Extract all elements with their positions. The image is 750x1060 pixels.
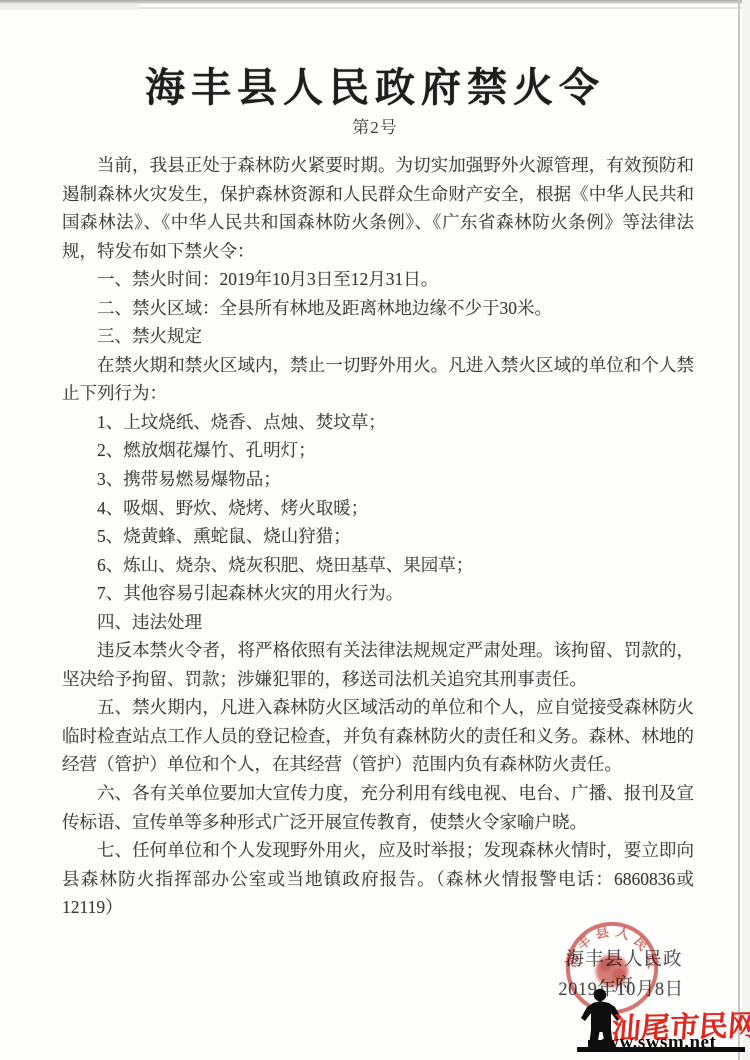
paragraph-section-3: 三、禁火规定	[62, 322, 694, 351]
seal-emblem	[596, 955, 629, 988]
list-item-2: 2、燃放烟花爆竹、孔明灯；	[62, 436, 694, 465]
paragraph-section-1: 一、禁火时间：2019年10月3日至12月31日。	[62, 265, 694, 294]
paragraph-section-6: 六、各有关单位要加大宣传力度，充分利用有线电视、电台、广播、报刊及宣传标语、宣传…	[62, 779, 694, 836]
paragraph-section-2: 二、禁火区域：全县所有林地及距离林地边缘不少于30米。	[62, 294, 694, 323]
scan-corner-artifact	[0, 4, 140, 10]
list-item-5: 5、烧黄蜂、熏蛇鼠、烧山狩猎；	[62, 522, 694, 551]
paragraph-intro: 当前，我县正处于森林防火紧要时期。为切实加强野外火源管理，有效预防和遏制森林火灾…	[62, 151, 694, 265]
scan-edge-right	[738, 0, 740, 1060]
document-page: 海丰县人民政府禁火令 第2号 当前，我县正处于森林防火紧要时期。为切实加强野外火…	[0, 0, 750, 1060]
list-item-4: 4、吸烟、野炊、烧烤、烤火取暖；	[62, 494, 694, 523]
scan-margin-right	[742, 0, 750, 1060]
document-body: 当前，我县正处于森林防火紧要时期。为切实加强野外火源管理，有效预防和遏制森林火灾…	[62, 151, 694, 922]
paragraph-section-4: 四、违法处理	[62, 608, 694, 637]
list-item-6: 6、炼山、烧杂、烧灰积肥、烧田基草、果园草；	[62, 551, 694, 580]
document-title: 海丰县人民政府禁火令	[0, 56, 750, 113]
watermark-underline-bar	[577, 1047, 745, 1052]
document-number: 第2号	[0, 113, 750, 138]
paragraph-section-4-body: 违反本禁火令者，将严格依照有关法律法规规定严肃处理。该拘留、罚款的，坚决给予拘留…	[62, 636, 694, 693]
paragraph-section-7: 七、任何单位和个人发现野外用火，应及时举报；发现森林火情时，要立即向县森林防火指…	[62, 836, 694, 922]
paragraph-section-3-intro: 在禁火期和禁火区域内，禁止一切野外用火。凡进入禁火区域的单位和个人禁止下列行为：	[62, 351, 694, 408]
list-item-7: 7、其他容易引起森林火灾的用火行为。	[62, 579, 694, 608]
list-item-1: 1、上坟烧纸、烧香、点烛、焚坟草；	[62, 408, 694, 437]
paragraph-section-5: 五、禁火期内，凡进入森林防火区域活动的单位和个人，应自觉接受森林防火临时检查站点…	[62, 693, 694, 779]
list-item-3: 3、携带易燃易爆物品；	[62, 465, 694, 494]
